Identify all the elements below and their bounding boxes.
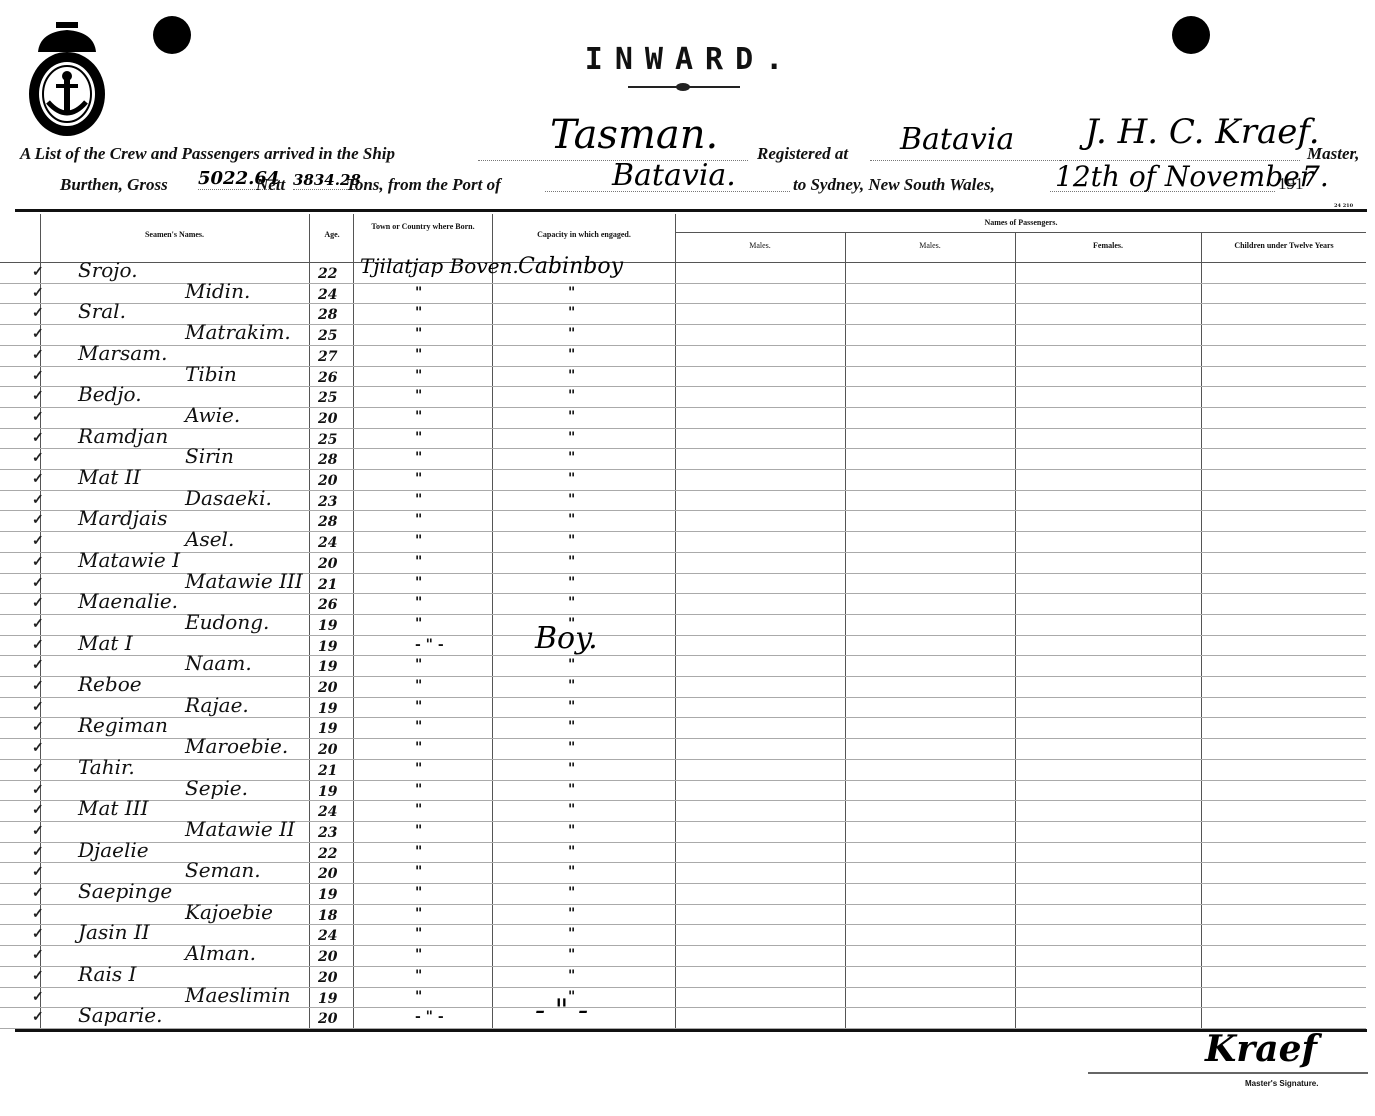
capacity-ditto: " [568,471,575,487]
birthplace-ditto: " [415,305,422,321]
birthplace-ditto: " [415,844,422,860]
ruled-line [0,593,1366,594]
seaman-given-name: Alman. [185,943,256,963]
seaman-surname: Bedjo. [78,384,142,404]
seaman-age: 20 [318,740,337,760]
ruled-line [0,469,1366,470]
seaman-age: 21 [318,575,337,595]
capacity-ditto: " [568,926,575,942]
capacity-ditto: " [568,678,575,694]
seaman-age: 19 [318,885,337,905]
year-suffix: 7. [1302,160,1329,193]
birthplace-ditto: " [415,657,422,673]
seaman-given-name: Matawie III [185,571,303,591]
ruled-line [0,1028,1366,1029]
seaman-age: 26 [318,595,337,615]
seaman-age: 19 [318,657,337,677]
birthplace-ditto: " [415,968,422,984]
checkmark-icon: ✓ [32,492,44,508]
capacity-ditto: " [568,885,575,901]
seaman-age: 19 [318,637,337,657]
checkmark-icon: ✓ [32,1009,44,1025]
checkmark-icon: ✓ [32,595,44,611]
checkmark-icon: ✓ [32,512,44,528]
capacity-ditto: " [568,285,575,301]
ruled-line [0,303,1366,304]
birthplace-ditto: - " - [415,1009,444,1025]
checkmark-icon: ✓ [32,823,44,839]
birthplace-ditto: " [415,699,422,715]
birthplace-ditto: - " - [415,637,444,653]
birthplace-ditto: " [415,678,422,694]
capacity-ditto: " [568,761,575,777]
checkmark-icon: ✓ [32,368,44,384]
header-town-born: Town or Country where Born. [356,222,490,231]
checkmark-icon: ✓ [32,926,44,942]
punch-hole [1172,16,1210,54]
seaman-age: 25 [318,388,337,408]
capacity: Boy. [535,621,598,656]
list-label: A List of the Crew and Passengers arrive… [20,144,395,164]
checkmark-icon: ✓ [32,761,44,777]
ruled-line [0,510,1366,511]
seaman-surname: Mat II [78,467,141,487]
seaman-age: 24 [318,533,337,553]
column-divider [309,214,310,1028]
birthplace-ditto: " [415,368,422,384]
punch-hole [153,16,191,54]
checkmark-icon: ✓ [32,326,44,342]
ruled-line [0,428,1366,429]
seaman-age: 20 [318,409,337,429]
seaman-age: 18 [318,906,337,926]
seaman-age: 20 [318,471,337,491]
seaman-surname: Mat III [78,798,149,818]
checkmark-icon: ✓ [32,989,44,1005]
seaman-age: 19 [318,616,337,636]
ruled-line [0,635,1366,636]
seaman-given-name: Matrakim. [185,322,291,342]
header-passengers: Names of Passengers. [676,218,1366,227]
capacity-ditto: " [568,430,575,446]
header-capacity: Capacity in which engaged. [494,230,674,239]
ruled-line [0,883,1366,884]
birthplace-ditto: " [415,719,422,735]
capacity-ditto: " [568,740,575,756]
checkmark-icon: ✓ [32,885,44,901]
from-port: Batavia. [612,158,736,193]
column-divider [675,214,676,1028]
capacity-ditto: " [568,719,575,735]
seaman-surname: Sral. [78,301,126,321]
seaman-surname: Reboe [78,674,142,694]
ruled-line [0,386,1366,387]
checkmark-icon: ✓ [32,285,44,301]
seaman-given-name: Matawie II [185,819,295,839]
checkmark-icon: ✓ [32,947,44,963]
page-title: INWARD. [550,42,830,77]
seaman-age: 19 [318,699,337,719]
seaman-surname: Mat I [78,633,133,653]
checkmark-icon: ✓ [32,657,44,673]
seaman-surname: Marsam. [78,343,167,363]
birthplace-ditto: " [415,926,422,942]
checkmark-icon: ✓ [32,740,44,756]
checkmark-icon: ✓ [32,471,44,487]
checkmark-icon: ✓ [32,782,44,798]
capacity-ditto: " [568,533,575,549]
checkmark-icon: ✓ [32,844,44,860]
checkmark-icon: ✓ [32,409,44,425]
birthplace-ditto: " [415,471,422,487]
nett-label: Nett [256,175,285,195]
seaman-surname: Saparie. [78,1005,163,1025]
checkmark-icon: ✓ [32,533,44,549]
capacity-ditto: " [568,450,575,466]
seaman-age: 20 [318,864,337,884]
seaman-surname: Maenalie. [78,591,178,611]
checkmark-icon: ✓ [32,864,44,880]
capacity-ditto: " [568,347,575,363]
header-males-2: Males. [846,241,1014,250]
capacity-ditto: " [568,864,575,880]
checkmark-icon: ✓ [32,554,44,570]
header-age: Age. [311,230,353,239]
capacity-ditto: " [568,409,575,425]
birthplace-ditto: " [415,782,422,798]
capacity-ditto: " [568,906,575,922]
master-signature: Kraef [1205,1028,1317,1070]
birthplace-ditto: " [415,409,422,425]
capacity-ditto: " [568,388,575,404]
seaman-given-name: Sirin [185,446,234,466]
header-children: Children under Twelve Years [1202,241,1366,250]
seaman-given-name: Naam. [185,653,252,673]
birthplace-ditto: " [415,761,422,777]
registered-field-line [870,160,1060,161]
table-top-rule [15,209,1367,212]
ruled-line [0,552,1366,553]
capacity-ditto: " [568,326,575,342]
to-sydney-label: to Sydney, New South Wales, [793,175,995,195]
column-divider [492,214,493,1028]
seaman-surname: Ramdjan [78,426,168,446]
seaman-age: 20 [318,678,337,698]
birthplace-ditto: " [415,285,422,301]
ruled-line [0,1007,1366,1008]
capacity-ditto: " [568,492,575,508]
header-females: Females. [1016,241,1200,250]
birthplace-ditto: " [415,575,422,591]
year-prefix: 191 [1278,174,1304,194]
ruled-line [0,345,1366,346]
seaman-age: 22 [318,844,337,864]
birthplace-ditto: " [415,864,422,880]
seaman-age: 24 [318,802,337,822]
capacity-ditto: " [568,368,575,384]
checkmark-icon: ✓ [32,264,44,280]
capacity-ditto: " [568,595,575,611]
master-name: J. H. C. Kraef. [1085,112,1320,152]
seaman-surname: Regiman [78,715,168,735]
checkmark-icon: ✓ [32,637,44,653]
birthplace-ditto: " [415,823,422,839]
seaman-given-name: Midin. [185,281,250,301]
seaman-surname: Djaelie [78,840,149,860]
checkmark-icon: ✓ [32,906,44,922]
seaman-age: 25 [318,326,337,346]
column-divider [353,214,354,1028]
birthplace-ditto: " [415,906,422,922]
burthen-label: Burthen, Gross [60,175,168,195]
seaman-surname: Matawie I [78,550,180,570]
ruled-line [0,759,1366,760]
seaman-age: 27 [318,347,337,367]
seaman-age: 23 [318,492,337,512]
title-ornament [628,86,740,88]
seaman-given-name: Maeslimin [185,985,291,1005]
registered-port: Batavia [900,122,1014,157]
birthplace-ditto: " [415,989,422,1005]
seaman-age: 23 [318,823,337,843]
column-divider [1015,232,1016,1028]
seaman-surname: Jasin II [78,922,150,942]
capacity-ditto: " [568,968,575,984]
checkmark-icon: ✓ [32,450,44,466]
passenger-header-rule [676,232,1366,233]
seaman-surname: Rais I [78,964,136,984]
capacity: Cabinboy [518,254,623,279]
table-bottom-rule [15,1029,1367,1032]
birthplace: Tjilatjap Boven. [360,254,519,278]
arrival-date: 12th of November [1055,160,1313,193]
birthplace-ditto: " [415,740,422,756]
seaman-given-name: Eudong. [185,612,269,632]
capacity-ditto: " [568,512,575,528]
seaman-age: 28 [318,305,337,325]
header-males-1: Males. [676,241,844,250]
column-divider [1201,232,1202,1028]
seaman-given-name: Seman. [185,860,261,880]
seaman-surname: Srojo. [78,260,138,280]
checkmark-icon: ✓ [32,699,44,715]
ruled-line [0,924,1366,925]
seaman-age: 19 [318,719,337,739]
registered-label: Registered at [757,144,848,164]
capacity-ditto: " [568,844,575,860]
ship-name: Tasman. [550,112,718,158]
birthplace-ditto: " [415,492,422,508]
checkmark-icon: ✓ [32,575,44,591]
checkmark-icon: ✓ [32,968,44,984]
seaman-given-name: Rajae. [185,695,249,715]
capacity-ditto: " [568,823,575,839]
birthplace-ditto: " [415,388,422,404]
seaman-given-name: Dasaeki. [185,488,272,508]
seaman-age: 19 [318,989,337,1009]
seaman-given-name: Kajoebie [185,902,273,922]
capacity-ditto: " [568,802,575,818]
tons-from-label: Tons, from the Port of [346,175,501,195]
seaman-age: 20 [318,968,337,988]
capacity-ditto: " [568,699,575,715]
seaman-given-name: Awie. [185,405,240,425]
checkmark-icon: ✓ [32,719,44,735]
seaman-age: 22 [318,264,337,284]
capacity-ditto: " [568,305,575,321]
seaman-given-name: Asel. [185,529,234,549]
crown-anchor-seal-icon [26,18,108,136]
checkmark-icon: ✓ [32,305,44,321]
birthplace-ditto: " [415,450,422,466]
seaman-age: 24 [318,285,337,305]
header-seamen-names: Seamen's Names. [42,230,307,239]
capacity-ditto: " [568,554,575,570]
birthplace-ditto: " [415,802,422,818]
seaman-age: 21 [318,761,337,781]
birthplace-ditto: " [415,616,422,632]
birthplace-ditto: " [415,430,422,446]
birthplace-ditto: " [415,947,422,963]
birthplace-ditto: " [415,533,422,549]
signature-label: Master's Signature. [1245,1079,1318,1088]
ruled-line [0,262,1366,263]
seaman-age: 19 [318,782,337,802]
ruled-line [0,842,1366,843]
checkmark-icon: ✓ [32,430,44,446]
checkmark-icon: ✓ [32,616,44,632]
checkmark-icon: ✓ [32,388,44,404]
seaman-age: 24 [318,926,337,946]
capacity-ditto: " [568,575,575,591]
seaman-age: 20 [318,947,337,967]
seaman-age: 28 [318,450,337,470]
seaman-surname: Mardjais [78,508,168,528]
birthplace-ditto: " [415,512,422,528]
seaman-age: 25 [318,430,337,450]
ruled-line [0,966,1366,967]
birthplace-ditto: " [415,885,422,901]
capacity-ditto: " [568,782,575,798]
checkmark-icon: ✓ [32,802,44,818]
birthplace-ditto: " [415,347,422,363]
ruled-line [0,717,1366,718]
ruled-line [0,800,1366,801]
ruled-line [0,676,1366,677]
signature-line [1088,1072,1368,1074]
seaman-given-name: Sepie. [185,778,248,798]
seaman-age: 28 [318,512,337,532]
seaman-given-name: Maroebie. [185,736,288,756]
birthplace-ditto: " [415,326,422,342]
capacity: - " - [535,993,588,1028]
capacity-ditto: " [568,657,575,673]
column-divider [845,232,846,1028]
seaman-age: 20 [318,554,337,574]
seaman-surname: Saepinge [78,881,172,901]
birthplace-ditto: " [415,595,422,611]
checkmark-icon: ✓ [32,678,44,694]
seaman-age: 20 [318,1009,337,1029]
capacity-ditto: " [568,947,575,963]
checkmark-icon: ✓ [32,347,44,363]
seaman-surname: Tahir. [78,757,135,777]
birthplace-ditto: " [415,554,422,570]
seaman-age: 26 [318,368,337,388]
seaman-given-name: Tibin [185,364,237,384]
